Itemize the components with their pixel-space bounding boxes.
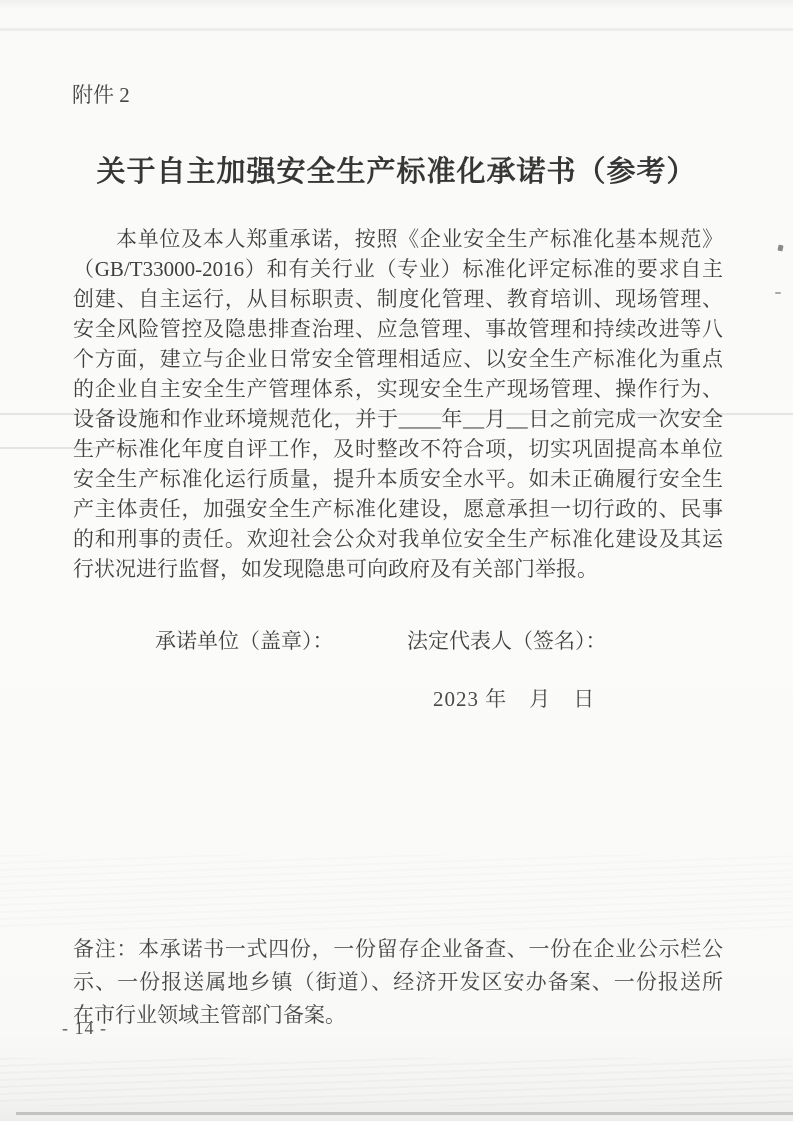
scan-texture-band [0,855,793,930]
body-line: 的企业自主安全生产管理体系，实现安全生产现场管理、操作行为、 [73,374,723,404]
body-line: 本单位及本人郑重承诺，按照《企业安全生产标准化基本规范》 [73,224,723,254]
note-line: 在市行业领域主管部门备案。 [73,999,723,1032]
body-line: 安全风险管控及隐患排查治理、应急管理、事故管理和持续改进等八 [73,314,723,344]
signature-unit-label: 承诺单位（盖章）： [155,626,334,656]
date-line: 2023 年 月 日 [433,684,595,714]
scan-speck [777,245,783,252]
document-title: 关于自主加强安全生产标准化承诺书（参考） [0,149,793,190]
body-line: 行状况进行监督，如发现隐患可向政府及有关部门举报。 [73,554,723,584]
scanned-document-page: 附件 2 关于自主加强安全生产标准化承诺书（参考） 本单位及本人郑重承诺，按照《… [0,0,793,1121]
body-line: 产主体责任，加强安全生产标准化建设，愿意承担一切行政的、民事 [73,494,723,524]
signature-representative-label: 法定代表人（签名）： [407,626,607,656]
attachment-label: 附件 2 [72,82,130,108]
body-line: 个方面，建立与企业日常安全管理相适应、以安全生产标准化为重点 [73,344,723,374]
body-line: 创建、自主运行，从目标职责、制度化管理、教育培训、现场管理、 [73,284,723,314]
note-line: 示、一份报送属地乡镇（街道）、经济开发区安办备案、一份报送所 [73,966,723,999]
body-line: 设备设施和作业环境规范化，并于____年__月__日之前完成一次安全 [73,404,723,434]
page-number: - 14 - [62,1018,107,1039]
body-paragraph: 本单位及本人郑重承诺，按照《企业安全生产标准化基本规范》 （GB/T33000-… [73,224,723,584]
body-line: 的和刑事的责任。欢迎社会公众对我单位安全生产标准化建设及其运 [73,524,723,554]
note-line: 备注：本承诺书一式四份，一份留存企业备查、一份在企业公示栏公 [73,933,723,966]
scan-crease-line [0,28,793,31]
scan-texture-band [0,1058,793,1106]
body-line: 生产标准化年度自评工作，及时整改不符合项，切实巩固提高本单位 [73,434,723,464]
page-bottom-edge-shadow [16,1112,793,1115]
footer-note: 备注：本承诺书一式四份，一份留存企业备查、一份在企业公示栏公 示、一份报送属地乡… [73,933,723,1032]
scan-speck [775,292,781,294]
body-line: （GB/T33000-2016）和有关行业（专业）标准化评定标准的要求自主 [73,254,723,284]
body-line: 安全生产标准化运行质量，提升本质安全水平。如未正确履行安全生 [73,464,723,494]
